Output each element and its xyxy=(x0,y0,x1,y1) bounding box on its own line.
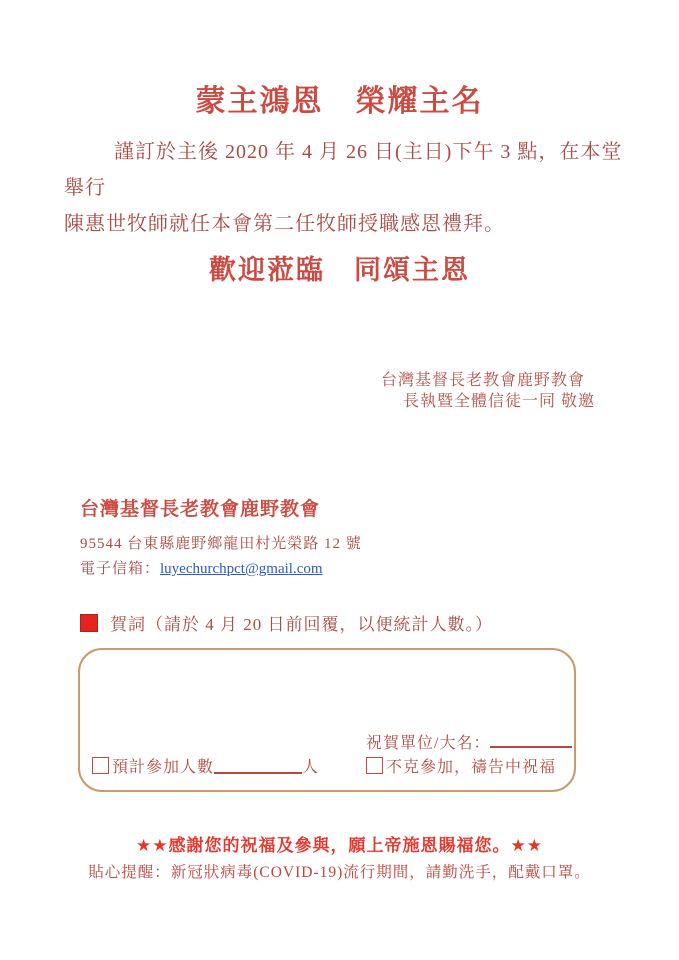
rsvp-heading: 賀詞（請於 4 月 20 日前回覆，以便統計人數。） xyxy=(110,610,493,635)
rsvp-attend-unit: 人 xyxy=(302,754,319,777)
org-email-row: 電子信箱：luyechurchpct@gmail.com xyxy=(80,557,323,578)
email-link[interactable]: luyechurchpct@gmail.com xyxy=(160,561,323,577)
rsvp-attend-label: 預計參加人數 xyxy=(112,754,214,777)
org-church-name: 台灣基督長老教會鹿野教會 xyxy=(80,499,320,520)
rsvp-decline-row: 不克參加，禱告中祝福 xyxy=(366,754,556,777)
org-block: 台灣基督長老教會鹿野教會 xyxy=(80,494,320,521)
org-address: 95544 台東縣鹿野鄉龍田村光榮路 12 號 xyxy=(80,532,362,553)
red-square-bullet-icon xyxy=(80,614,98,632)
main-title: 蒙主鴻恩 榮耀主名 xyxy=(0,76,679,120)
rsvp-decline-label: 不克參加，禱告中祝福 xyxy=(386,754,556,777)
covid-reminder-line: 貼心提醒：新冠狀病毒(COVID-19)流行期間，請勤洗手，配戴口罩。 xyxy=(0,860,679,882)
email-label: 電子信箱： xyxy=(80,561,160,577)
rsvp-name-label: 祝賀單位/大名： xyxy=(366,735,490,752)
attend-checkbox[interactable] xyxy=(92,757,109,774)
invitation-body: 謹訂於主後 2020 年 4 月 26 日(主日)下午 3 點，在本堂舉行 陳惠… xyxy=(64,134,624,242)
rsvp-box: 祝賀單位/大名： 預計參加人數人 不克參加，禱告中祝福 xyxy=(78,648,576,792)
invitation-body-line2: 陳惠世牧師就任本會第二任牧師授職感恩禮拜。 xyxy=(64,206,624,242)
rsvp-count-fill-line[interactable] xyxy=(214,758,302,774)
rsvp-name-fill-line[interactable] xyxy=(490,732,572,748)
welcome-line: 歡迎蒞臨 同頌主恩 xyxy=(0,248,679,287)
signature-inviters: 長執暨全體信徒一同 敬邀 xyxy=(381,391,595,412)
invitation-page: 蒙主鴻恩 榮耀主名 謹訂於主後 2020 年 4 月 26 日(主日)下午 3 … xyxy=(0,0,679,960)
invitation-body-line1: 謹訂於主後 2020 年 4 月 26 日(主日)下午 3 點，在本堂舉行 xyxy=(64,134,624,206)
decline-checkbox[interactable] xyxy=(366,757,383,774)
thanks-line: ★★感謝您的祝福及參與，願上帝施恩賜福您。★★ xyxy=(0,831,679,856)
signature-church-name: 台灣基督長老教會鹿野教會 xyxy=(381,370,585,391)
signature-block: 台灣基督長老教會鹿野教會 長執暨全體信徒一同 敬邀 xyxy=(381,370,595,412)
rsvp-name-row: 祝賀單位/大名： xyxy=(366,730,572,753)
rsvp-heading-row: 賀詞（請於 4 月 20 日前回覆，以便統計人數。） xyxy=(80,610,493,635)
rsvp-attend-row: 預計參加人數人 xyxy=(92,754,319,777)
